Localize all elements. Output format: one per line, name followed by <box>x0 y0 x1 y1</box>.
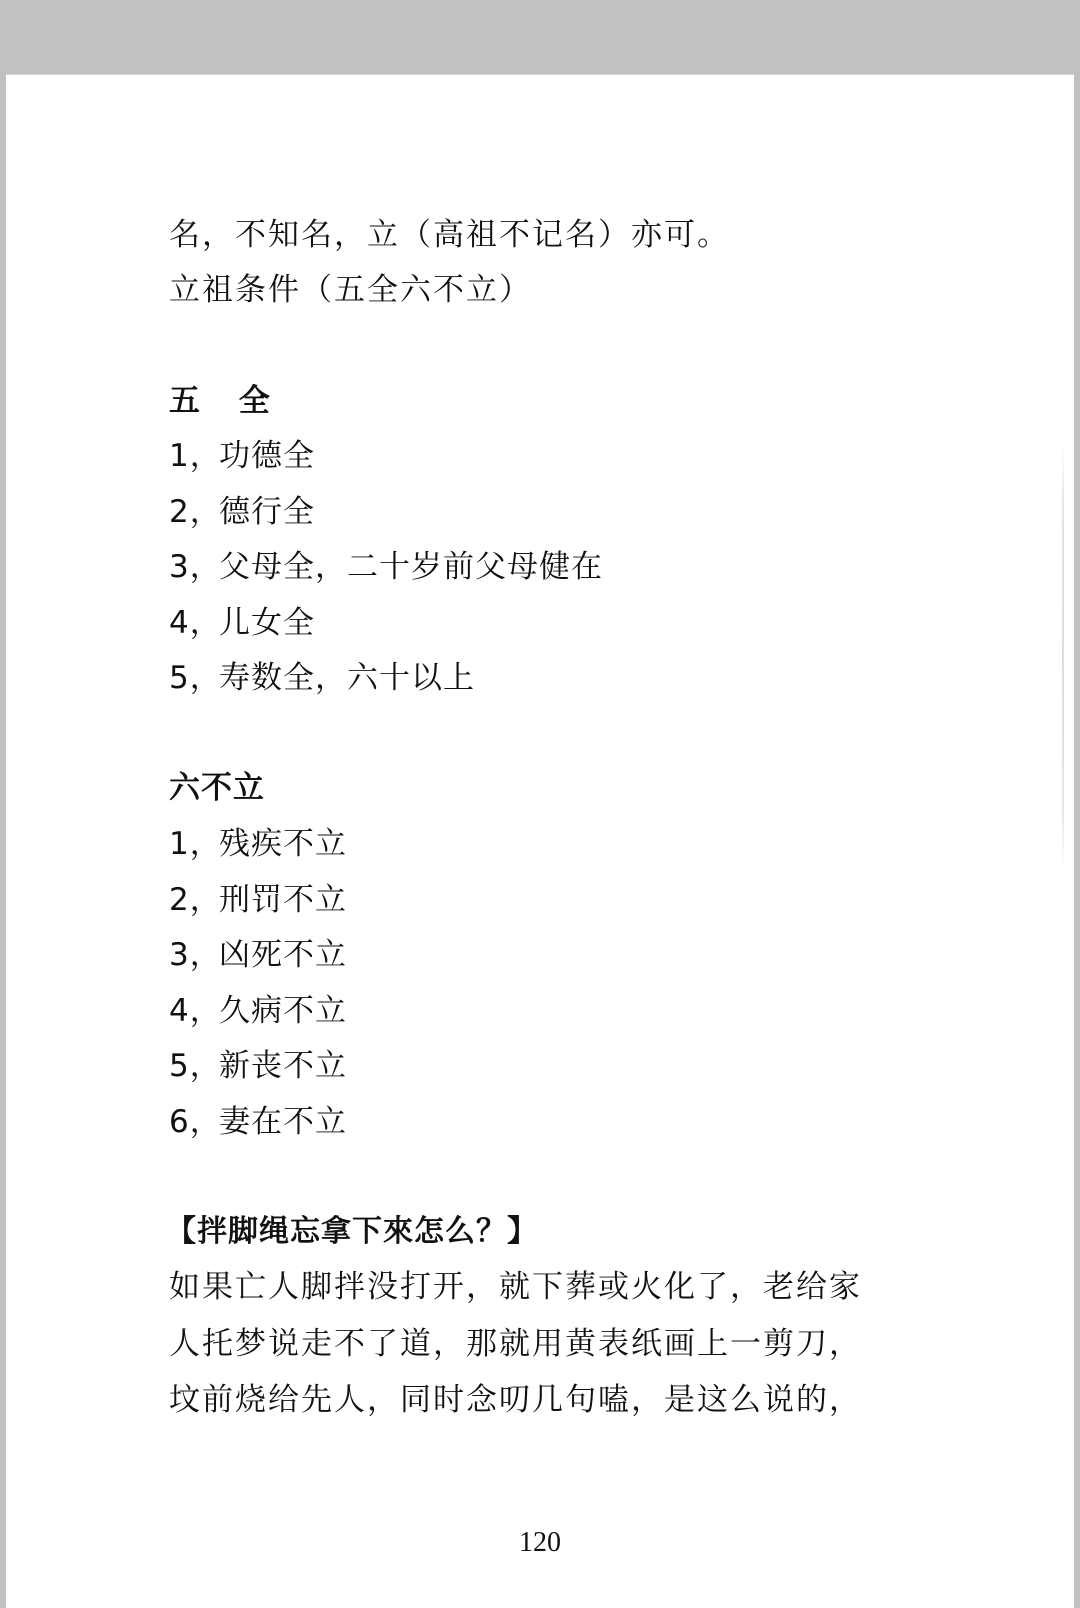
list-item-text: 功德全 <box>219 438 315 474</box>
intro-line-1: 名，不知名，立（高祖不记名）亦可。 <box>169 215 730 255</box>
page-number: 120 <box>6 1526 1074 1560</box>
list-item-text: 妻在不立 <box>219 1104 347 1140</box>
list-item: 4，久病不立 <box>169 991 347 1031</box>
list-item-number: 3， <box>169 935 219 975</box>
list-item: 4，儿女全 <box>169 603 315 643</box>
list-item-text: 久病不立 <box>219 993 347 1029</box>
list-item: 3，凶死不立 <box>169 935 347 975</box>
list-item-number: 1， <box>169 824 219 864</box>
list-item-text: 父母全，二十岁前父母健在 <box>219 549 603 585</box>
paragraph-line-3: 坟前烧给先人，同时念叨几句嗑，是这么说的， <box>169 1380 862 1420</box>
list-item-number: 1， <box>169 436 219 476</box>
list-item-number: 6， <box>169 1102 219 1142</box>
section-heading-rope: 【拌脚绳忘拿下來怎么？】 <box>166 1212 538 1252</box>
list-item: 1，残疾不立 <box>169 824 347 864</box>
list-item-number: 3， <box>169 547 219 587</box>
scan-artifact-line <box>1062 443 1064 873</box>
list-item-text: 寿数全，六十以上 <box>219 660 475 696</box>
list-item-number: 2， <box>169 492 219 532</box>
document-page: 名，不知名，立（高祖不记名）亦可。 立祖条件（五全六不立） 五 全 1，功德全 … <box>6 74 1074 1608</box>
paragraph-line-2: 人托梦说走不了道，那就用黄表纸画上一剪刀， <box>169 1324 862 1364</box>
section-heading-six-not: 六不立 <box>169 768 265 808</box>
list-item-number: 4， <box>169 991 219 1031</box>
paragraph-line-1: 如果亡人脚拌没打开，就下葬或火化了，老给家 <box>169 1267 862 1307</box>
list-item: 2，德行全 <box>169 492 315 532</box>
section-heading-five-complete: 五 全 <box>169 381 284 421</box>
list-item-text: 残疾不立 <box>219 826 347 862</box>
list-item-text: 凶死不立 <box>219 937 347 973</box>
list-item-text: 新丧不立 <box>219 1048 347 1084</box>
list-item-number: 5， <box>169 658 219 698</box>
intro-line-2: 立祖条件（五全六不立） <box>169 270 532 310</box>
list-item: 5，新丧不立 <box>169 1046 347 1086</box>
list-item-number: 4， <box>169 603 219 643</box>
list-item-text: 刑罚不立 <box>219 882 347 918</box>
list-item: 6，妻在不立 <box>169 1102 347 1142</box>
list-item-text: 德行全 <box>219 494 315 530</box>
list-item-number: 2， <box>169 880 219 920</box>
list-item-text: 儿女全 <box>219 605 315 641</box>
list-item: 3，父母全，二十岁前父母健在 <box>169 547 603 587</box>
list-item-number: 5， <box>169 1046 219 1086</box>
list-item: 1，功德全 <box>169 436 315 476</box>
list-item: 2，刑罚不立 <box>169 880 347 920</box>
list-item: 5，寿数全，六十以上 <box>169 658 475 698</box>
